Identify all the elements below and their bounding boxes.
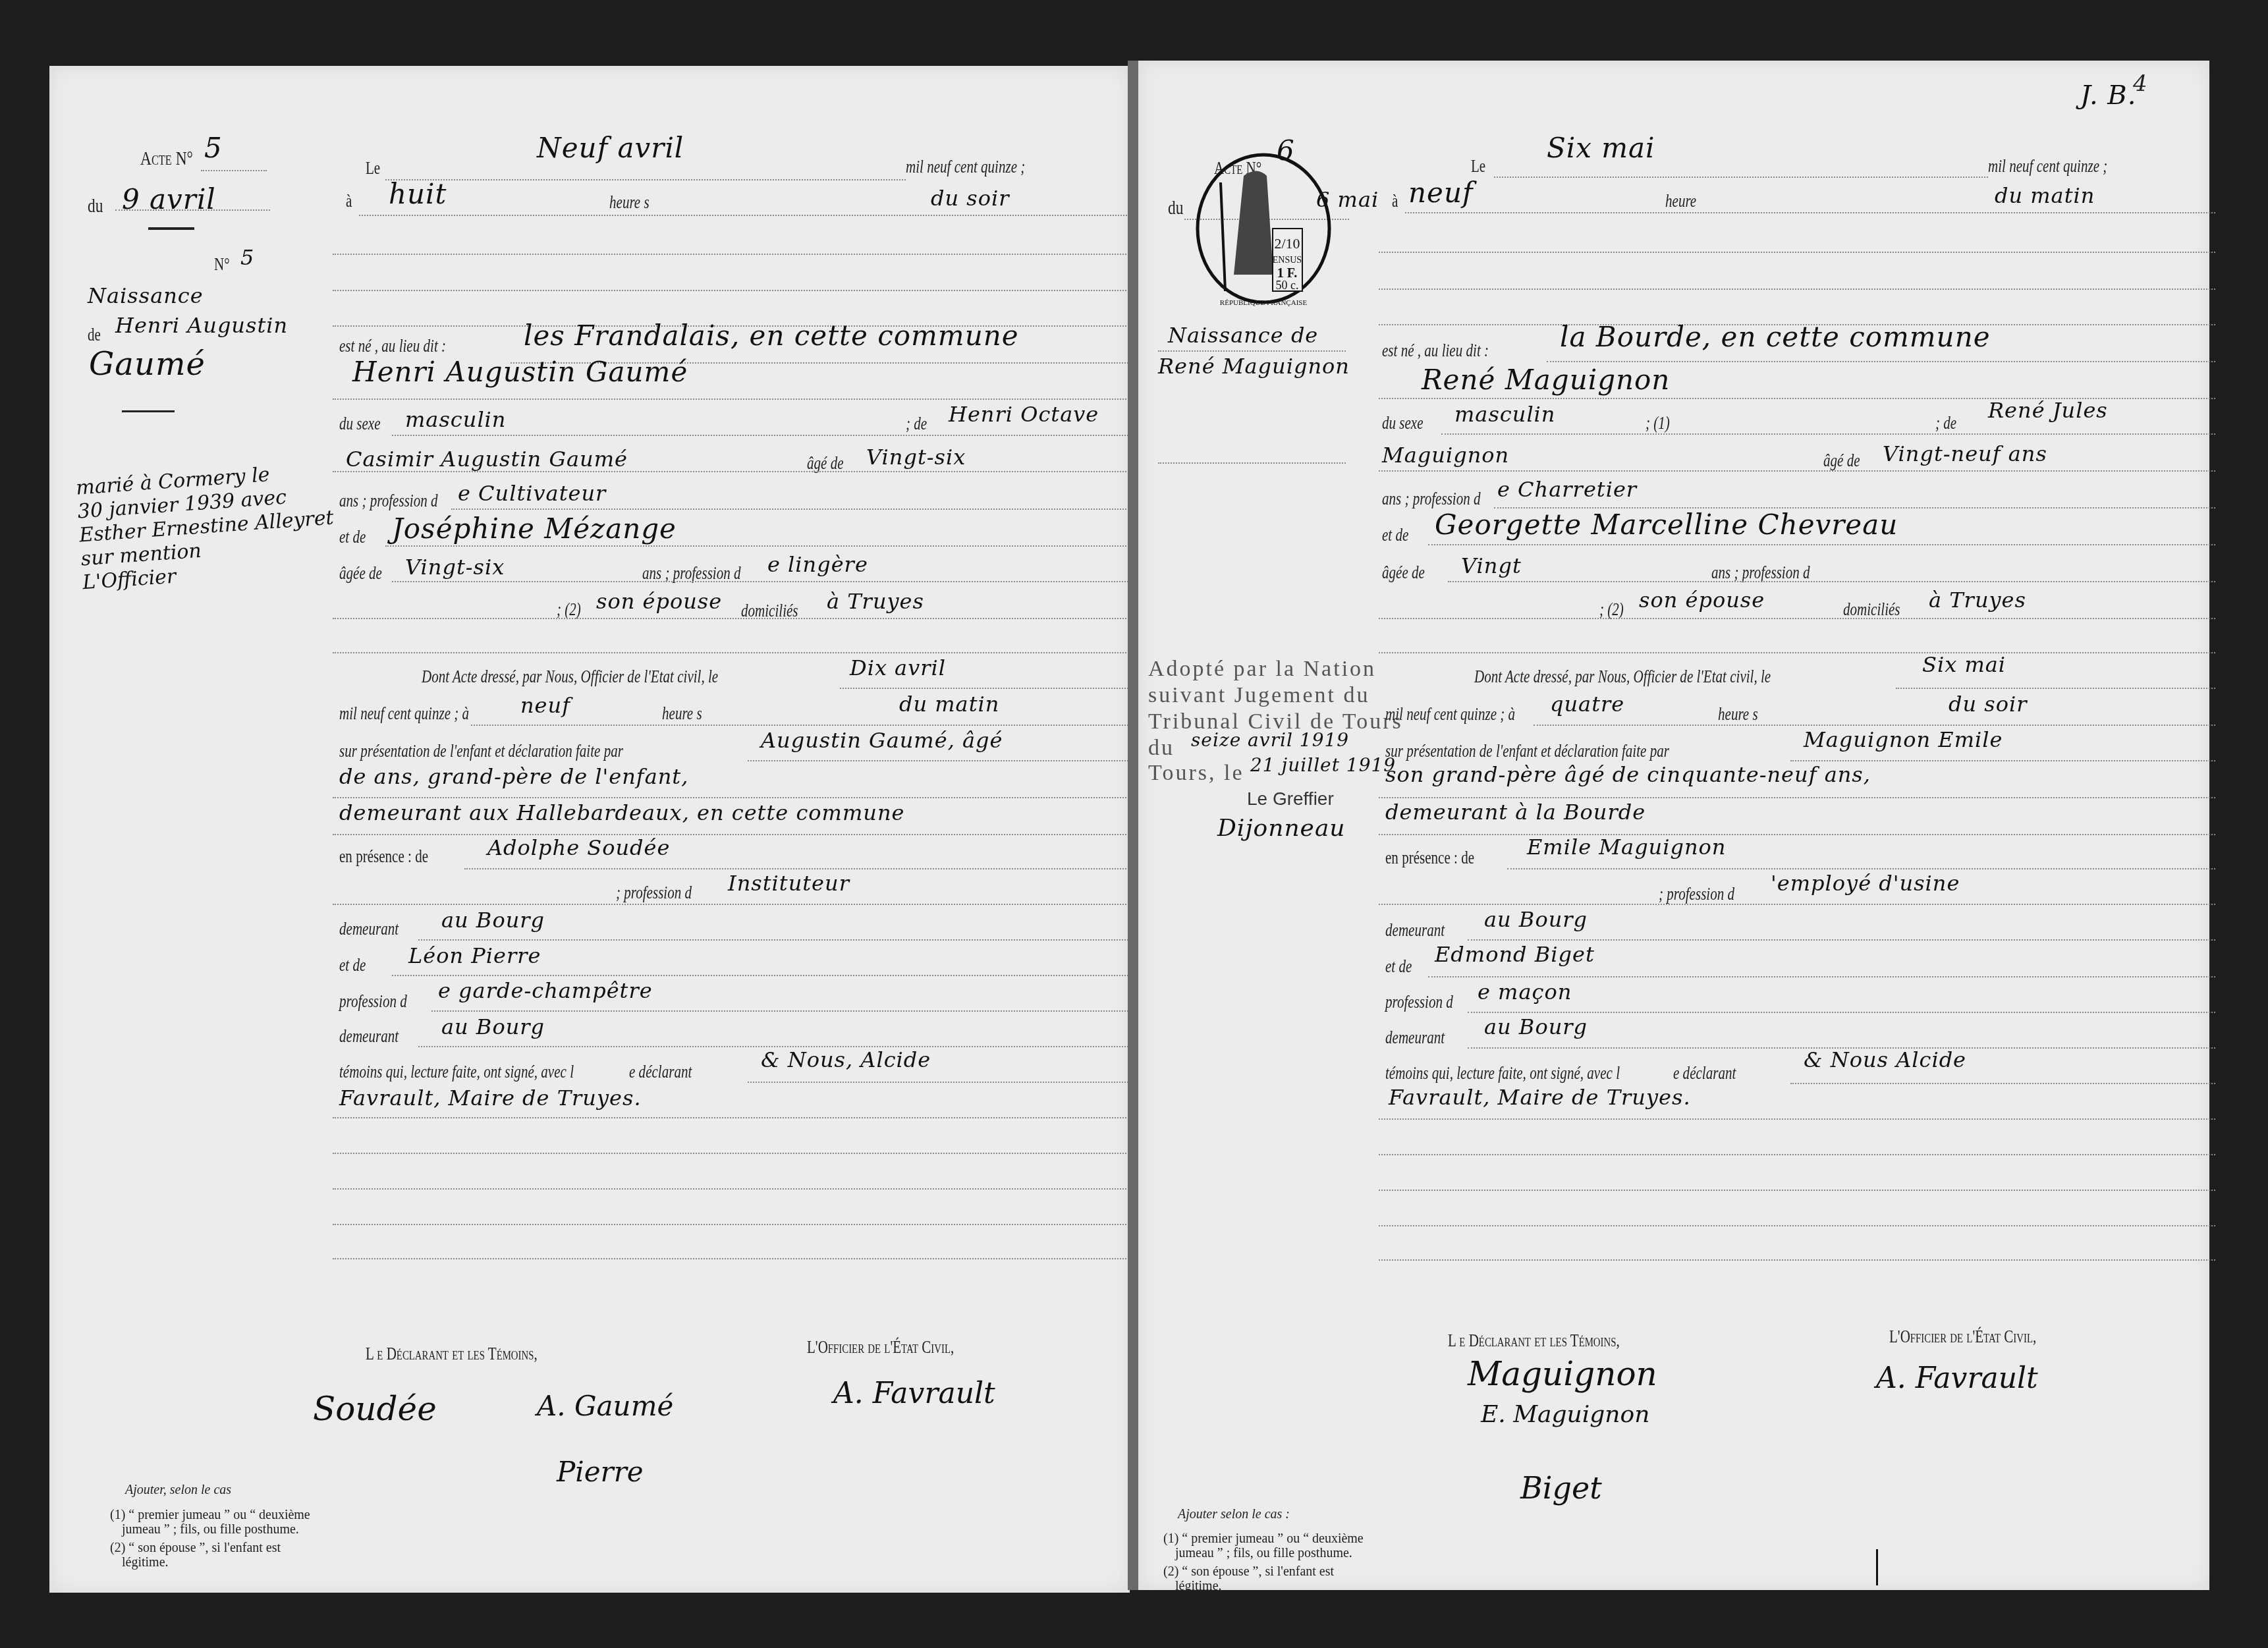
dotted-line <box>471 725 1136 726</box>
dotted-line <box>1547 361 2215 362</box>
dont-acte-label: Dont Acte dressé, par Nous, Officier de … <box>1474 667 1771 687</box>
spouse-status: son épouse <box>596 589 722 614</box>
witness-1-name: Emile Maguignon <box>1527 835 1726 860</box>
mother-profession: e lingère <box>767 552 868 577</box>
profession-label: ans ; profession d <box>339 491 438 511</box>
birth-date: Neuf avril <box>537 132 684 164</box>
dotted-line <box>392 975 1136 976</box>
footnote-1a: (1) “ premier jumeau ” ou “ deuxième <box>110 1507 310 1523</box>
dotted-line <box>333 797 1136 798</box>
dotted-line <box>385 179 906 180</box>
father-name-2: Maguignon <box>1382 443 1509 468</box>
declarant-name: Maguignon Emile <box>1804 727 2003 752</box>
acte-date: Dix avril <box>850 655 946 680</box>
witness-1-profession: Instituteur <box>728 871 850 896</box>
margin-title: Naissance <box>88 283 204 308</box>
domicile: à Truyes <box>1929 588 2026 613</box>
dotted-line <box>333 1117 1136 1118</box>
margin-de-label: de <box>88 325 101 345</box>
closing-line-1: & Nous, Alcide <box>761 1047 931 1072</box>
signature-declarant: A. Gaumé <box>537 1390 673 1422</box>
closing-line-2: Favrault, Maire de Truyes. <box>339 1085 642 1111</box>
dotted-line <box>451 508 1136 510</box>
dotted-line <box>385 545 1136 547</box>
et-de-label: et de <box>1385 956 1412 977</box>
dotted-line <box>1494 177 1988 178</box>
demeurant-label: demeurant <box>1385 920 1445 941</box>
acte-number: 5 <box>204 132 223 164</box>
witness-2-residence: au Bourg <box>1484 1014 1588 1039</box>
witness-1-residence: au Bourg <box>1484 907 1588 932</box>
du-label: du <box>1168 197 1183 219</box>
dotted-line <box>1507 868 2215 869</box>
dotted-line <box>748 760 1136 761</box>
temoins-label: témoins qui, lecture faite, ont signé, a… <box>339 1062 574 1082</box>
father-profession: e Charretier <box>1497 477 1637 502</box>
birth-period: du matin <box>1995 183 2095 208</box>
dotted-line <box>333 618 1136 619</box>
dotted-line <box>1379 652 2215 653</box>
dotted-line <box>1158 350 1346 352</box>
signatures-header-left: L e Déclarant et les Témoins, <box>1448 1331 1620 1351</box>
margin-name: René Maguignon <box>1158 354 1350 379</box>
dotted-line <box>359 215 1130 216</box>
profession-label: ans ; profession d <box>1382 489 1481 509</box>
heure-label: heure <box>1665 191 1696 211</box>
signature-witness-2: Biget <box>1520 1470 1602 1506</box>
dotted-line <box>1448 581 2215 582</box>
dotted-line <box>1379 1118 2215 1120</box>
dotted-line <box>1428 976 2215 977</box>
birth-place: les Frandalais, en cette commune <box>524 319 1019 352</box>
acte-hour: neuf <box>520 693 570 718</box>
dotted-line <box>333 254 1136 255</box>
signatures-header-right: L'Officier de l'État Civil, <box>807 1337 954 1358</box>
declarant-label: e déclarant <box>1673 1063 1736 1084</box>
dotted-line <box>840 688 1136 689</box>
signature-witness-1: E. Maguignon <box>1481 1401 1649 1428</box>
footnote-title: Ajouter selon le cas : <box>1178 1506 1290 1522</box>
declarant-name: Augustin Gaumé, âgé <box>761 728 1003 753</box>
agee-label: âgée de <box>1382 563 1425 583</box>
et-de-label: et de <box>1382 525 1408 545</box>
dotted-line <box>418 939 1136 941</box>
no-label: N° <box>214 254 230 275</box>
heure-label: heure s <box>609 192 650 213</box>
child-name: René Maguignon <box>1422 364 1670 396</box>
dotted-line <box>1790 1083 2215 1084</box>
dotted-line <box>431 1010 1136 1012</box>
pen-mark <box>1876 1549 1878 1585</box>
witness-2-profession: e maçon <box>1478 979 1572 1004</box>
witness-2-name: Léon Pierre <box>408 943 541 968</box>
signature-declarant: Maguignon <box>1468 1355 1657 1393</box>
domicilies-label: domiciliés <box>1843 599 1900 620</box>
dotted-line <box>333 834 1136 835</box>
witness-1-profession: 'employé d'usine <box>1771 871 1960 896</box>
de-label: ; de <box>1935 413 1956 433</box>
double-rule <box>148 227 194 230</box>
domicile: à Truyes <box>827 589 924 614</box>
sexe-label: du sexe <box>1382 413 1424 433</box>
demeurant-label: demeurant <box>339 1026 399 1047</box>
footnote-1b: jumeau ” ; fils, ou fille posthume. <box>1175 1545 1352 1561</box>
dotted-line <box>333 1224 1136 1225</box>
note-ref: ; (2) <box>557 599 581 620</box>
dont-acte-label: Dont Acte dressé, par Nous, Officier de … <box>422 667 718 687</box>
dotted-line <box>333 471 1136 472</box>
footnote-1b: jumeau ” ; fils, ou fille posthume. <box>122 1522 299 1537</box>
dotted-line <box>333 1188 1136 1190</box>
dotted-line <box>1428 544 2215 545</box>
mother-name: Georgette Marcelline Chevreau <box>1435 508 1898 541</box>
no-value: 5 <box>240 245 254 270</box>
profession-label: ; profession d <box>616 883 692 903</box>
footnote-2a: (2) “ son épouse ”, si l'enfant est <box>1163 1564 1334 1579</box>
dotted-line <box>1379 904 2215 905</box>
father-age: Vingt-neuf ans <box>1883 441 2047 466</box>
adoption-stamp-tours-label: Tours, le <box>1148 761 1244 786</box>
dotted-line <box>1379 797 2215 798</box>
signature-witness-2: Pierre <box>557 1456 644 1488</box>
dotted-line <box>333 1258 1136 1259</box>
dotted-line <box>1379 1259 2215 1261</box>
signature-officer: A. Favrault <box>833 1377 995 1410</box>
mother-age: Vingt-six <box>405 555 505 580</box>
father-name-1: Henri Octave <box>949 402 1099 427</box>
child-sex: masculin <box>405 407 506 432</box>
greffier-label: Le Greffier <box>1247 788 1334 810</box>
svg-text:RÉPUBLIQUE FRANÇAISE: RÉPUBLIQUE FRANÇAISE <box>1220 299 1308 307</box>
et-de-label: et de <box>339 527 366 547</box>
profession-label: profession d <box>1385 992 1453 1012</box>
mother-name: Joséphine Mézange <box>392 512 677 545</box>
fiscal-stamp: 2/10 ENSUS 1 F. 50 c. RÉPUBLIQUE FRANÇAI… <box>1191 150 1336 308</box>
dotted-line <box>333 904 1136 905</box>
acte-year-label: mil neuf cent quinze ; à <box>339 703 469 724</box>
birth-date: Six mai <box>1547 132 1655 164</box>
est-ne-label: est né , au lieu dit : <box>1382 341 1489 361</box>
birth-place: la Bourde, en cette commune <box>1560 321 1991 353</box>
a-label: à <box>1392 191 1398 211</box>
presence-label: en présence : de <box>339 846 428 867</box>
top-initials: J. B. <box>2080 80 2136 111</box>
dotted-line <box>1790 760 2215 761</box>
father-age: Vingt-six <box>866 445 966 470</box>
footnote-title: Ajouter, selon le cas <box>125 1482 231 1498</box>
presentation-label: sur présentation de l'enfant et déclarat… <box>339 741 623 761</box>
birth-period: du soir <box>931 186 1009 211</box>
signature-witness-1: Soudée <box>313 1390 437 1428</box>
acte-period: du soir <box>1949 692 2027 717</box>
dotted-line <box>333 1153 1136 1154</box>
demeurant-label: demeurant <box>339 919 399 939</box>
greffier-signature: Dijonneau <box>1217 815 1346 842</box>
dotted-line <box>201 170 267 171</box>
witness-2-name: Edmond Biget <box>1435 942 1595 967</box>
dotted-line <box>1379 1154 2215 1155</box>
dotted-line <box>1158 462 1346 464</box>
father-profession: e Cultivateur <box>458 481 606 506</box>
dotted-line <box>1379 288 2215 290</box>
adoption-stamp-line-1: Adopté par la Nation <box>1148 657 1376 682</box>
dotted-line <box>1379 1225 2215 1226</box>
rule <box>122 410 175 412</box>
father-name-1: René Jules <box>1988 398 2108 423</box>
presentation-label: sur présentation de l'enfant et déclarat… <box>1385 741 1669 761</box>
declarant-residence: demeurant aux Hallebardeaux, en cette co… <box>339 800 904 825</box>
declarant-residence: demeurant à la Bourde <box>1385 800 1646 825</box>
dotted-line <box>1379 470 2215 472</box>
agee-label: âgée de <box>339 563 382 584</box>
dotted-line <box>748 1082 1136 1083</box>
et-de-label: et de <box>339 955 366 975</box>
dotted-line <box>1379 618 2215 619</box>
birth-hour: huit <box>389 178 447 210</box>
de-label: ; de <box>906 414 927 434</box>
demeurant-label: demeurant <box>1385 1028 1445 1048</box>
child-sex: masculin <box>1454 402 1555 427</box>
signatures-header-left: L e Déclarant et les Témoins, <box>366 1344 538 1364</box>
dotted-line <box>392 435 1136 436</box>
signature-officer: A. Favrault <box>1876 1361 2038 1395</box>
acte-hour: quatre <box>1550 692 1624 717</box>
dotted-line <box>333 652 1136 653</box>
spouse-status: son épouse <box>1639 588 1765 613</box>
dotted-line <box>1896 688 2215 689</box>
age-label: âgé de <box>1823 451 1860 471</box>
year-label: mil neuf cent quinze ; <box>1988 156 2107 177</box>
witness-1-name: Adolphe Soudée <box>487 835 670 860</box>
adoption-stamp-line-2: suivant Jugement du <box>1148 683 1370 708</box>
svg-text:ENSUS: ENSUS <box>1273 256 1302 265</box>
dotted-line <box>333 398 1136 400</box>
declarant-details: son grand-père âgé de cinquante-neuf ans… <box>1385 762 1871 787</box>
declarant-details: de ans, grand-père de l'enfant, <box>339 764 688 789</box>
child-name: Henri Augustin Gaumé <box>352 356 688 388</box>
adoption-stamp-date: 21 juillet 1919 <box>1250 754 1396 776</box>
profession-label: profession d <box>339 991 407 1012</box>
heure-label: heure s <box>662 703 702 724</box>
dotted-line <box>1379 1190 2215 1191</box>
dotted-line <box>464 868 1136 869</box>
dotted-line <box>1405 212 2215 213</box>
closing-line-1: & Nous Alcide <box>1804 1047 1966 1072</box>
mother-age: Vingt <box>1461 553 1522 578</box>
dotted-line <box>1441 433 2215 435</box>
footnote-2a: (2) “ son épouse ”, si l'enfant est <box>110 1540 281 1556</box>
est-ne-label: est né , au lieu dit : <box>339 336 446 356</box>
footnote-1a: (1) “ premier jumeau ” ou “ deuxième <box>1163 1531 1364 1547</box>
witness-1-residence: au Bourg <box>441 908 545 933</box>
dotted-line <box>1468 1012 2215 1013</box>
declarant-label: e déclarant <box>629 1062 692 1082</box>
dotted-line <box>115 209 270 211</box>
dotted-line <box>333 290 1136 291</box>
heure-label: heure s <box>1718 704 1758 725</box>
acte-label: Acte N° <box>140 148 193 170</box>
adoption-judgment-date: seize avril 1919 <box>1191 729 1349 751</box>
dotted-line <box>392 581 1136 582</box>
birth-hour: neuf <box>1408 177 1474 209</box>
margin-title: Naissance de <box>1168 323 1318 348</box>
signatures-header-right: L'Officier de l'État Civil, <box>1889 1327 2036 1347</box>
dotted-line <box>1468 939 2215 941</box>
profession-label: ; profession d <box>1659 884 1734 904</box>
witness-2-residence: au Bourg <box>441 1014 545 1039</box>
dotted-line <box>1379 252 2215 253</box>
svg-text:50 c.: 50 c. <box>1276 279 1299 292</box>
year-label: mil neuf cent quinze ; <box>906 157 1025 177</box>
temoins-label: témoins qui, lecture faite, ont signé, a… <box>1385 1063 1620 1084</box>
sexe-label: du sexe <box>339 414 381 434</box>
father-name-2: Casimir Augustin Gaumé <box>346 447 628 472</box>
presence-label: en présence : de <box>1385 848 1474 868</box>
adoption-stamp-du-label: du <box>1148 736 1175 761</box>
dotted-line <box>1379 834 2215 835</box>
marriage-annotation: marié à Cormery le 30 janvier 1939 avec … <box>75 459 338 595</box>
dotted-line <box>1534 725 2215 726</box>
closing-line-2: Favrault, Maire de Truyes. <box>1389 1085 1691 1110</box>
svg-text:2/10: 2/10 <box>1274 235 1300 252</box>
le-label: Le <box>366 158 380 179</box>
le-label: Le <box>1471 156 1485 177</box>
footnote-2b: légitime. <box>122 1554 169 1570</box>
left-page: Acte N° 5 du 9 avril N° 5 Naissance de H… <box>49 66 1130 1593</box>
du-label: du <box>88 195 103 217</box>
footnote-2b: légitime. <box>1175 1578 1222 1594</box>
witness-2-profession: e garde-champêtre <box>438 978 653 1003</box>
right-page: 4 J. B. Acte N° 6 du 6 mai Naissance de … <box>1138 61 2209 1590</box>
note-ref: ; (1) <box>1646 413 1670 433</box>
note-ref: ; (2) <box>1599 599 1624 620</box>
a-label: à <box>346 191 352 211</box>
margin-name-1: Henri Augustin <box>115 313 288 338</box>
acte-year-label: mil neuf cent quinze ; à <box>1385 704 1515 725</box>
profession-label: ans ; profession d <box>1711 563 1810 583</box>
margin-name-2: Gaumé <box>89 346 206 383</box>
acte-period: du matin <box>899 692 999 717</box>
acte-date: Six mai <box>1922 652 2006 677</box>
